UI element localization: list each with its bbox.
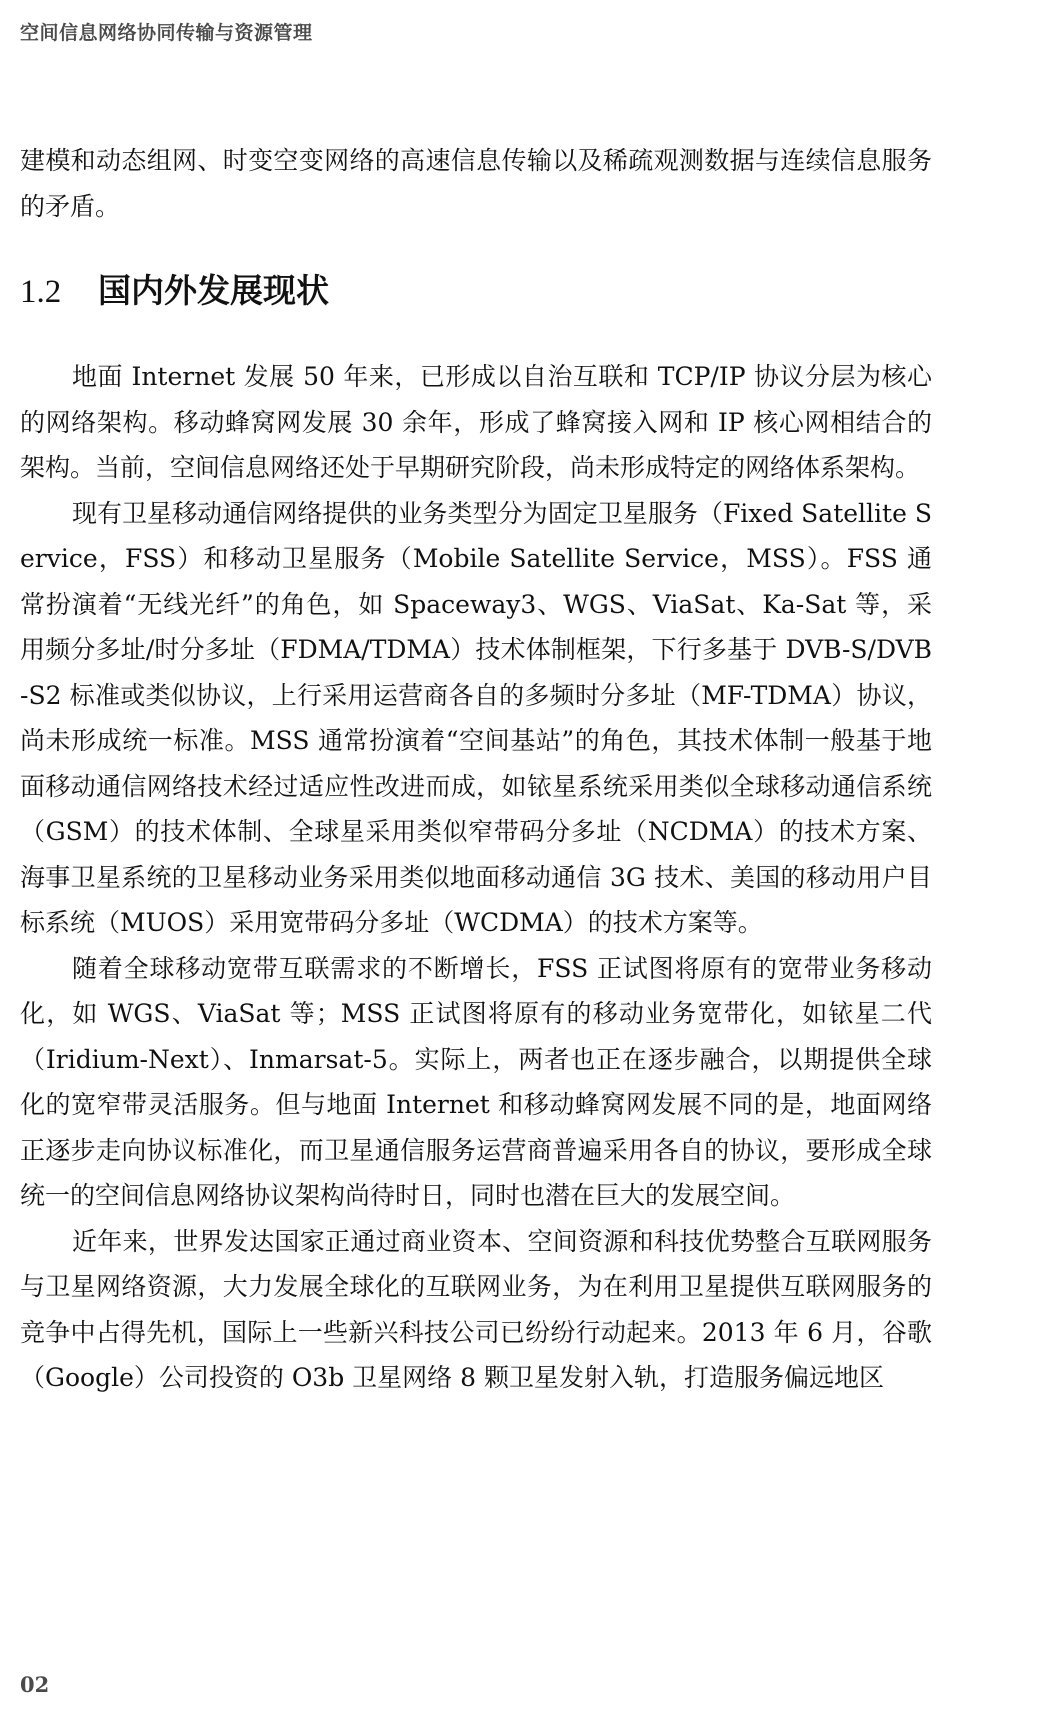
paragraph-broadband-convergence: 随着全球移动宽带互联需求的不断增长，FSS 正试图将原有的宽带业务移动化，如 W…: [20, 946, 932, 1219]
page-number: 02: [20, 1672, 49, 1697]
paragraph-internet-architecture: 地面 Internet 发展 50 年来，已形成以自治互联和 TCP/IP 协议…: [20, 354, 932, 491]
paragraph-satellite-services: 现有卫星移动通信网络提供的业务类型分为固定卫星服务（Fixed Satellit…: [20, 491, 932, 946]
page-body: 建模和动态组网、时变空变网络的高速信息传输以及稀疏观测数据与连续信息服务的矛盾。…: [20, 138, 932, 1401]
running-header-title: 空间信息网络协同传输与资源管理: [20, 18, 313, 45]
section-number: 1.2: [20, 268, 98, 316]
continued-paragraph: 建模和动态组网、时变空变网络的高速信息传输以及稀疏观测数据与连续信息服务的矛盾。: [20, 138, 932, 229]
section-title: 国内外发展现状: [98, 267, 329, 315]
paragraph-recent-developments: 近年来，世界发达国家正通过商业资本、空间资源和科技优势整合互联网服务与卫星网络资…: [20, 1219, 932, 1401]
section-heading: 1.2 国内外发展现状: [20, 267, 932, 316]
